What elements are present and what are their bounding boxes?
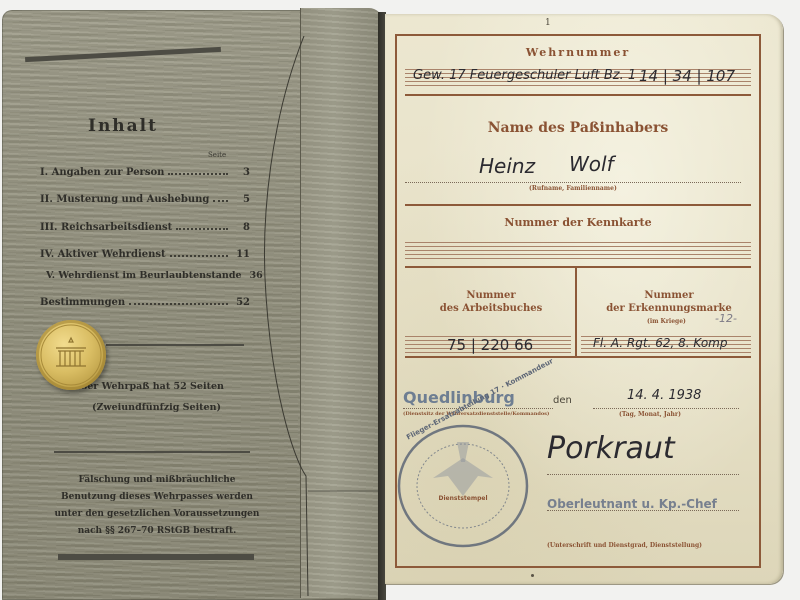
stamp-center-text: Dienststempel xyxy=(439,495,488,502)
signature-line xyxy=(547,474,739,475)
divider xyxy=(405,204,751,206)
kennkarte-lines[interactable] xyxy=(405,239,751,261)
toc-entry: IV. Aktiver Wehrdienst11 xyxy=(40,249,250,260)
erkennungsmarke-caption: (im Kriege) xyxy=(647,318,686,325)
coin xyxy=(36,320,106,390)
cover-flap-line xyxy=(262,36,382,596)
divider xyxy=(405,94,751,96)
erkennungsmarke-annotation: -12- xyxy=(715,312,737,325)
toc-entry: I. Angaben zur Person3 xyxy=(40,167,250,178)
forgery-warning: Fälschung und mißbräuchliche Benutzung d… xyxy=(52,472,262,540)
arbeitsbuch-label-2: des Arbeitsbuches xyxy=(407,303,575,314)
kennkarte-label: Nummer der Kennkarte xyxy=(397,216,759,229)
date-line xyxy=(593,408,739,409)
page-count-words: (Zweiundfünfzig Seiten) xyxy=(92,402,221,413)
name-caption: (Rufname, Familienname) xyxy=(529,185,617,192)
divider xyxy=(405,266,751,268)
holder-first-name: Heinz xyxy=(479,154,535,178)
divider xyxy=(54,451,250,453)
issue-date: 14. 4. 1938 xyxy=(627,388,701,403)
erkennungsmarke-label-1: Nummer xyxy=(579,290,759,301)
brandenburg-gate-icon xyxy=(36,320,106,390)
toc-entry: Bestimmungen52 xyxy=(40,297,250,308)
page-number: 1 xyxy=(545,18,551,28)
divider xyxy=(106,344,244,346)
arbeitsbuch-value: 75 | 220 66 xyxy=(447,336,533,354)
wehrnummer-label: Wehrnummer xyxy=(397,46,759,59)
wehrnummer-handwritten-unit: Gew. 17 Feuergeschuler Luft Bz. 1 xyxy=(413,68,636,83)
holder-last-name: Wolf xyxy=(569,152,614,176)
toc-entry: II. Musterung und Aushebung5 xyxy=(40,194,250,205)
cover-bottom-bar xyxy=(58,554,254,560)
wehrnummer-value: 14 | 34 | 107 xyxy=(639,67,735,85)
place-line xyxy=(403,408,553,409)
toc-entry: III. Reichsarbeitsdienst8 xyxy=(40,222,250,233)
holder-name-label: Name des Paßinhabers xyxy=(397,120,759,136)
signature-caption: (Unterschrift und Dienstgrad, Dienststel… xyxy=(547,542,702,549)
toc-entry: V. Wehrdienst im Beurlaubtenstande36 xyxy=(46,270,256,281)
toc-page-column-label: Seite xyxy=(208,151,226,159)
divider xyxy=(405,356,751,358)
place-caption: (Dienstsitz der Wehrersatzdienststelle/K… xyxy=(403,411,549,417)
den-label: den xyxy=(553,395,572,406)
rank-line xyxy=(547,510,739,511)
paper-mark xyxy=(531,574,534,577)
erkennungsmarke-value: Fl. A. Rgt. 62, 8. Komp xyxy=(593,336,727,350)
column-divider xyxy=(575,266,577,356)
toc-title: Inhalt xyxy=(88,116,158,136)
officer-rank-stamp: Oberleutnant u. Kp.-Chef xyxy=(547,497,717,511)
name-line xyxy=(405,182,741,183)
wehrpass-page-1: 1 Wehrnummer Gew. 17 Feuergeschuler Luft… xyxy=(385,14,783,584)
date-caption: (Tag, Monat, Jahr) xyxy=(619,411,681,418)
arbeitsbuch-label-1: Nummer xyxy=(407,290,575,301)
officer-signature: Porkraut xyxy=(547,431,675,466)
